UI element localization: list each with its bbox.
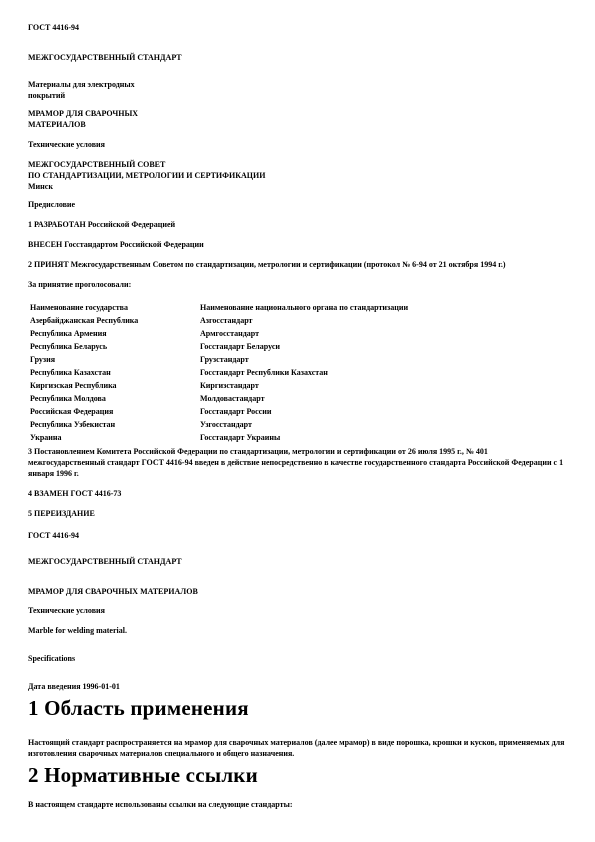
table-row: Республика Молдова Молдовастандарт [28,392,565,405]
standards-body-name: Госстандарт Украины [200,431,565,444]
table-row: Республика Казахстан Госстандарт Республ… [28,366,565,379]
standards-body-name: Грузстандарт [200,353,565,366]
state-name: Азербайджанская Республика [30,314,200,327]
effective-date: Дата введения 1996-01-01 [28,681,565,692]
state-name: Республика Армения [30,327,200,340]
doc-title-main: МРАМОР ДЛЯ СВАРОЧНЫХ МАТЕРИАЛОВ [28,586,565,597]
vote-col1-header: Наименование государства [30,301,200,314]
doc-title: МРАМОР ДЛЯ СВАРОЧНЫХ МАТЕРИАЛОВ [28,108,565,130]
standards-body-name: Узгосстандарт [200,418,565,431]
standards-body-name: Госстандарт Беларуси [200,340,565,353]
state-name: Киргизская Республика [30,379,200,392]
doc-title-line1: МРАМОР ДЛЯ СВАРОЧНЫХ [28,108,565,119]
council-city: Минск [28,181,565,192]
state-name: Республика Узбекистан [30,418,200,431]
table-row: Азербайджанская Республика Азгосстандарт [28,314,565,327]
vote-table-header-row: Наименование государства Наименование на… [28,301,565,314]
table-row: Республика Узбекистан Узгосстандарт [28,418,565,431]
state-name: Республика Беларусь [30,340,200,353]
standards-body-name: Госстандарт России [200,405,565,418]
council-line1: МЕЖГОСУДАРСТВЕННЫЙ СОВЕТ [28,159,565,170]
spec-type-top: Технические условия [28,139,565,150]
foreword-item-replaces: 4 ВЗАМЕН ГОСТ 4416-73 [28,488,565,499]
table-row: Российская Федерация Госстандарт России [28,405,565,418]
standards-body-name: Госстандарт Республики Казахстан [200,366,565,379]
table-row: Республика Беларусь Госстандарт Беларуси [28,340,565,353]
doc-title-line2: МАТЕРИАЛОВ [28,119,565,130]
standards-body-name: Киргизстандарт [200,379,565,392]
doc-title-en: Marble for welding material. [28,625,565,636]
spec-type-main: Технические условия [28,605,565,616]
document-page: ГОСТ 4416-94 МЕЖГОСУДАРСТВЕННЫЙ СТАНДАРТ… [0,0,595,842]
foreword-item-accepted: 2 ПРИНЯТ Межгосударственным Советом по с… [28,259,565,270]
foreword-item-submitted: ВНЕСЕН Госстандартом Российской Федераци… [28,239,565,250]
vote-table: Наименование государства Наименование на… [28,301,565,444]
standards-body-name: Азгосстандарт [200,314,565,327]
doc-subtitle-line2: покрытий [28,90,565,101]
state-name: Республика Молдова [30,392,200,405]
foreword-item-decree: 3 Постановлением Комитета Российской Фед… [28,446,565,479]
council-line2: ПО СТАНДАРТИЗАЦИИ, МЕТРОЛОГИИ И СЕРТИФИК… [28,170,565,181]
vote-col2-header: Наименование национального органа по ста… [200,301,565,314]
section2-heading: 2 Нормативные ссылки [28,762,565,788]
section2-paragraph: В настоящем стандарте использованы ссылк… [28,799,565,810]
standard-type-main: МЕЖГОСУДАРСТВЕННЫЙ СТАНДАРТ [28,556,565,567]
state-name: Украина [30,431,200,444]
table-row: Киргизская Республика Киргизстандарт [28,379,565,392]
section1-heading: 1 Область применения [28,695,565,721]
state-name: Российская Федерация [30,405,200,418]
state-name: Грузия [30,353,200,366]
foreword-heading: Предисловие [28,199,565,210]
table-row: Грузия Грузстандарт [28,353,565,366]
spec-type-en: Specifications [28,653,565,664]
state-name: Республика Казахстан [30,366,200,379]
standard-type-top: МЕЖГОСУДАРСТВЕННЫЙ СТАНДАРТ [28,52,565,63]
vote-intro: За принятие проголосовали: [28,279,565,290]
table-row: Республика Армения Армгосстандарт [28,327,565,340]
table-row: Украина Госстандарт Украины [28,431,565,444]
section1-paragraph: Настоящий стандарт распространяется на м… [28,737,565,759]
doc-subtitle: Материалы для электродных покрытий [28,79,565,101]
standards-body-name: Армгосстандарт [200,327,565,340]
foreword-item-reissue: 5 ПЕРЕИЗДАНИЕ [28,508,565,519]
foreword-item-developed: 1 РАЗРАБОТАН Российской Федерацией [28,219,565,230]
doc-subtitle-line1: Материалы для электродных [28,79,565,90]
doc-number-top: ГОСТ 4416-94 [28,22,565,33]
doc-number-main: ГОСТ 4416-94 [28,530,565,541]
council-block: МЕЖГОСУДАРСТВЕННЫЙ СОВЕТ ПО СТАНДАРТИЗАЦ… [28,159,565,192]
standards-body-name: Молдовастандарт [200,392,565,405]
